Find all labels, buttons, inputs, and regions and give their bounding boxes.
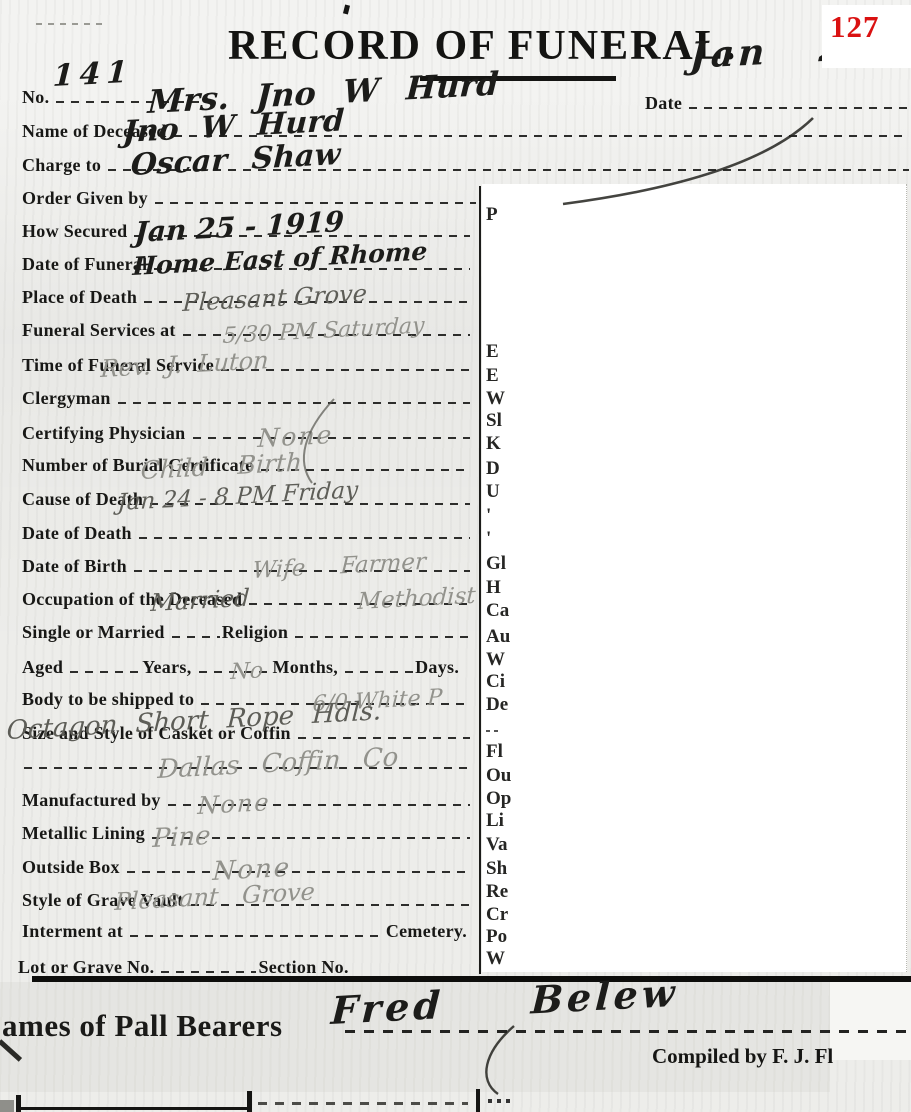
field-place-of-death-label: Place of Death [22,288,142,306]
field-body-shipped-to-value: No [230,660,264,684]
right-column-label-fragment: Sh [486,859,507,878]
field-no-value: 141 [52,58,134,92]
dotted-line [118,402,470,404]
right-column-label-fragment: De [486,695,508,714]
dotted-line [172,636,220,638]
field-order-given-by-label: Order Given by [22,189,153,207]
scan-artifact [476,1089,480,1112]
field-date-of-birth-label: Date of Birth [22,557,132,575]
scan-artifact [247,1091,252,1112]
field-order-given-by: Order Given by Oscar Shaw [22,177,478,207]
page-number-stamp: 127 [830,9,880,45]
right-column-label-fragment: D [486,459,500,478]
field-cemetery-label: Cemetery. [386,922,472,940]
field-date-of-funeral-value: Jan 25 - 1919 [134,208,345,247]
field-certifying-physician: Certifying Physician [22,412,472,442]
field-body-shipped-to-label: Body to be shipped to [22,690,199,708]
scan-artifact [343,5,350,15]
blank-right-column [482,184,907,972]
field-metallic-lining-value: None [197,790,271,818]
field-lot-or-grave-no-label: Lot or Grave No. [18,958,159,976]
dotted-line [298,737,470,739]
funeral-record-scan: RECORD OF FUNERAL. 127 No. 141 Date Jan … [0,0,911,1112]
field-religion-label: Religion [222,623,293,641]
dotted-line [345,1030,911,1033]
right-column-label-fragment: ' [486,506,491,525]
right-column-label-fragment: Po [486,927,507,946]
right-column-label-fragment: P [486,205,498,224]
field-lot-or-grave-no: Lot or Grave No. Section No. [18,946,418,976]
right-column-label-fragment: Fl [486,742,503,761]
field-religion-value: Methodist [357,585,476,614]
field-aged-label: Aged [22,658,68,676]
field-aged-years-label: Years, [142,658,196,676]
right-column-label-fragment: Li [486,811,504,830]
right-column-label-fragment: Va [486,835,507,854]
scan-artifact [0,1100,14,1112]
scan-highlight [830,982,911,1060]
right-column-label-fragment: E [486,342,499,361]
dotted-line [127,871,470,873]
page-title: RECORD OF FUNERAL. [228,22,737,70]
dotted-line [295,636,470,638]
dotted-line [70,671,140,673]
field-date-of-death-label: Date of Death [22,524,137,542]
field-charge-to-label: Charge to [22,156,106,174]
field-clergyman: Clergyman Rev. J. Luton [22,377,472,407]
right-column-label-fragment: Cr [486,905,508,924]
right-column-label-fragment: W [486,389,505,408]
dotted-line [345,671,413,673]
field-manufactured-by-label: Manufactured by [22,791,166,809]
field-funeral-services-at-label: Funeral Services at [22,321,181,339]
field-order-given-by-value: Oscar Shaw [130,140,341,181]
right-column-label-fragment: Ci [486,672,505,691]
column-divider-line [479,186,481,974]
field-outside-box-value: Pine [152,823,211,852]
field-date: Date Jan 25 [645,82,911,112]
page-number-stamp-box: 127 [822,5,911,68]
field-certifying-physician-label: Certifying Physician [22,424,191,442]
dotted-line [139,537,470,539]
right-column-label-fragment: Sl [486,411,502,430]
field-metallic-lining-label: Metallic Lining [22,824,150,842]
right-column-label-fragment: Au [486,627,510,646]
right-column-label-fragment: Op [486,789,511,808]
scan-artifact [258,1102,468,1105]
field-section-no-label: Section No. [258,958,353,976]
pall-bearers-label: ames of Pall Bearers [2,1008,283,1044]
right-column-label-fragment: H [486,578,501,597]
scan-artifact [36,23,108,25]
field-outside-box-label: Outside Box [22,858,125,876]
right-column-label-fragment: K [486,434,501,453]
field-interment-at: Interment at Cemetery. Pleasant Grove [22,910,472,940]
field-aged-months-label: Months, [273,658,344,676]
field-how-secured-label: How Secured [22,222,132,240]
field-cause-of-death-value: Child Birth [140,449,303,483]
right-column-label-fragment: W [486,949,505,968]
field-metallic-lining: Metallic Lining None [22,812,472,842]
field-clergyman-value: Rev. J. Luton [100,348,269,381]
compiled-by-label: Compiled by F. J. Fl [652,1044,833,1069]
field-number-of-burial-certificate-value: None [257,422,334,451]
right-column-label-fragment: Gl [486,554,506,573]
scan-artifact [488,1099,510,1103]
scan-artifact [21,1107,247,1110]
field-occupation-value: Wife Farmer [252,551,427,583]
field-single-or-married-label: Single or Married [22,623,170,641]
field-clergyman-label: Clergyman [22,389,116,407]
right-column-label-fragment: Ca [486,601,509,620]
field-date-of-death: Date of Death Jan 24 - 8 PM Friday [22,512,472,542]
right-column-label-fragment: E [486,366,499,385]
right-column-label-fragment: ' [486,529,491,548]
right-column-label-fragment: Ou [486,766,511,785]
dotted-line [130,935,384,937]
field-aged-days-label: Days. [415,658,464,676]
field-single-or-married: Single or Married Religion Married Metho… [22,611,472,641]
dotted-line [161,971,256,973]
right-column-label-fragment: U [486,482,500,501]
dotted-line [155,202,476,204]
field-interment-at-label: Interment at [22,922,128,940]
field-no-label: No. [22,88,54,106]
field-single-or-married-value: Married [150,586,250,615]
right-column-label-fragment: W [486,650,505,669]
dotted-line-fragment [486,730,502,732]
dotted-line [689,107,909,109]
right-column-label-fragment: Re [486,882,508,901]
